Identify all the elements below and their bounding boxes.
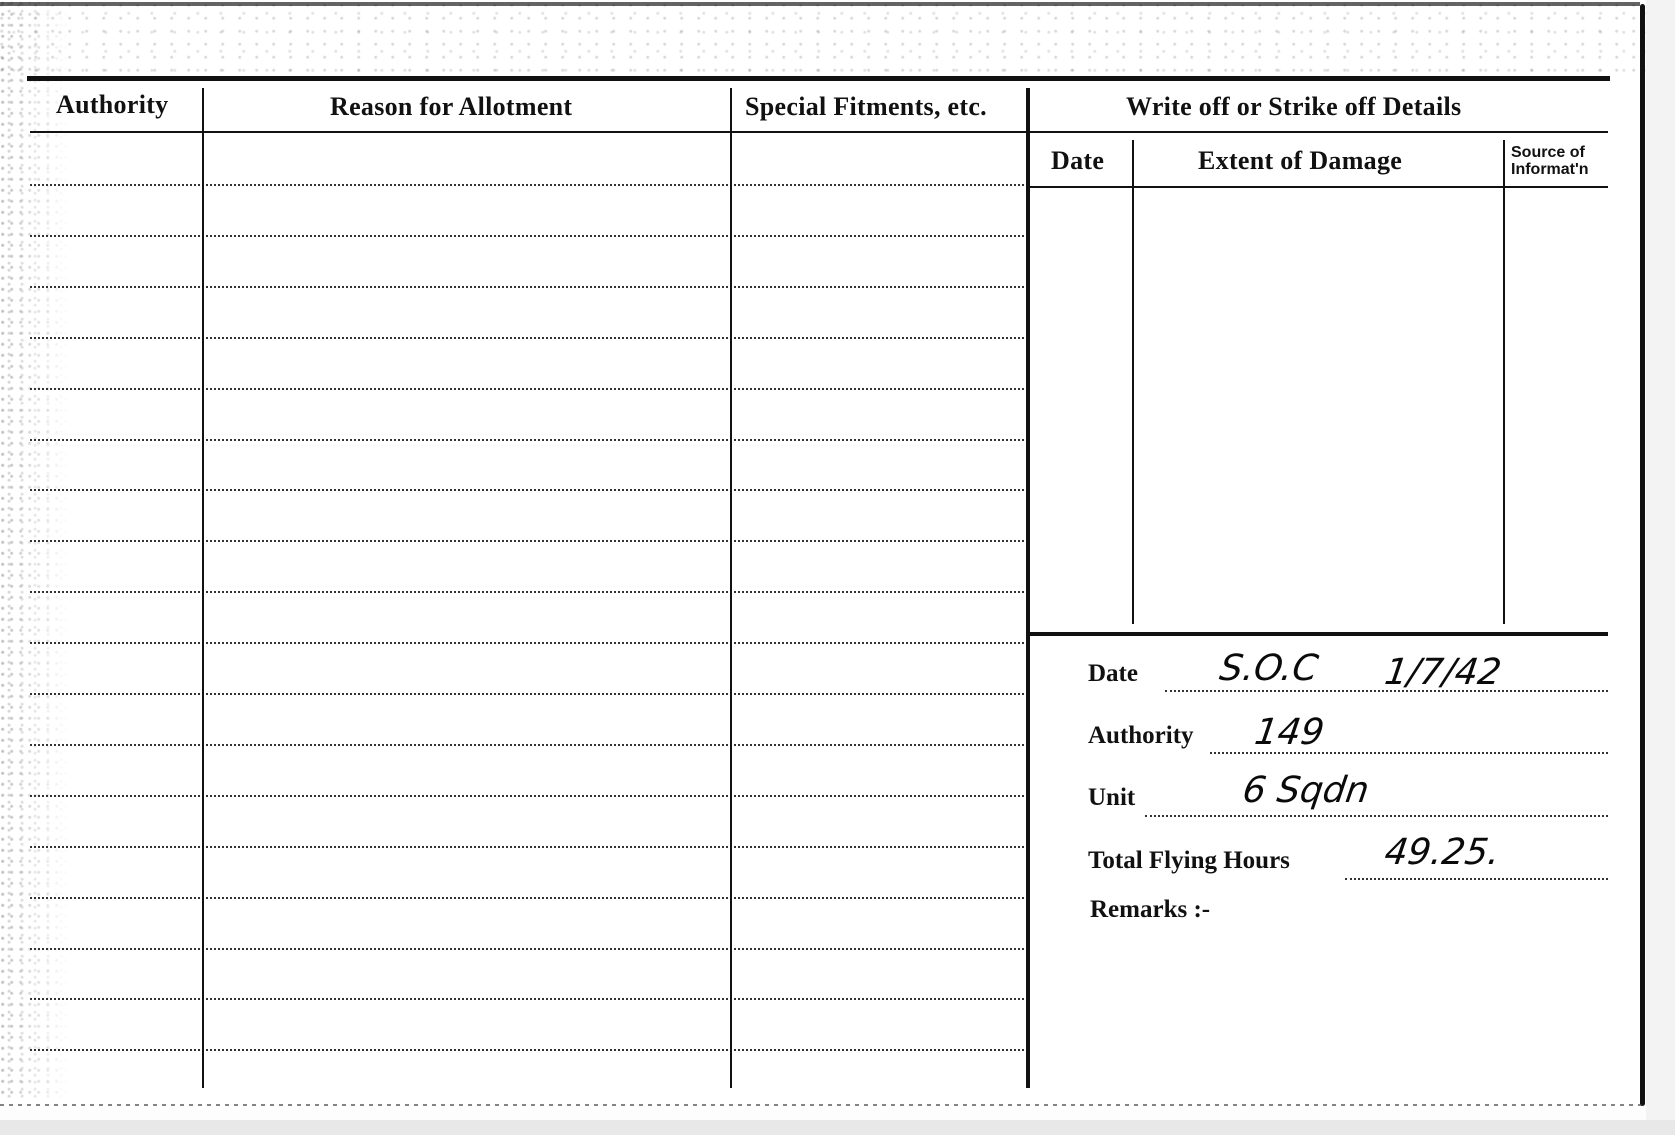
header-write-off-details: Write off or Strike off Details [1126, 92, 1461, 122]
strike-off-date-value: 1/7/42 [1382, 652, 1504, 693]
subheader-source-line2: Informat'n [1511, 161, 1589, 178]
hours-field-line [1345, 878, 1608, 880]
row-rule [206, 693, 728, 695]
col-divider-authority [202, 88, 204, 1088]
col-divider-reason [730, 88, 732, 1088]
card-bottom-edge [0, 1104, 1645, 1106]
row-rule [30, 489, 200, 491]
card-right-edge [1640, 4, 1645, 1106]
row-rule [30, 1049, 200, 1051]
subheader-extent-of-damage: Extent of Damage [1198, 146, 1402, 176]
row-rule [30, 337, 200, 339]
strike-off-date-label: Date [1088, 660, 1138, 688]
header-top-rule [27, 76, 1610, 81]
row-rule [734, 540, 1024, 542]
row-rule [30, 540, 200, 542]
col-divider-writeoff-source [1503, 140, 1505, 624]
strike-off-unit-label: Unit [1088, 784, 1135, 812]
row-rule [734, 388, 1024, 390]
row-rule [206, 642, 728, 644]
header-special-fitments: Special Fitments, etc. [745, 92, 987, 122]
strike-off-unit-value: 6 Sqdn [1240, 770, 1371, 811]
row-rule [206, 388, 728, 390]
row-rule [206, 235, 728, 237]
row-rule [30, 846, 200, 848]
page-margin-right [1646, 0, 1675, 1135]
subheader-source-line1: Source of [1511, 144, 1589, 161]
unit-field-line [1145, 815, 1608, 817]
row-rule [206, 540, 728, 542]
page-margin-bottom [0, 1120, 1675, 1135]
strike-off-date-code: S.O.C [1217, 648, 1321, 689]
writeoff-divider-rule [1028, 632, 1608, 636]
row-rule [206, 184, 728, 186]
row-rule [206, 998, 728, 1000]
row-rule [206, 286, 728, 288]
strike-off-authority-value: 149 [1252, 712, 1326, 753]
row-rule [30, 897, 200, 899]
row-rule [30, 235, 200, 237]
row-rule [734, 489, 1024, 491]
row-rule [206, 591, 728, 593]
row-rule [30, 998, 200, 1000]
card-top-edge [0, 2, 1640, 6]
row-rule [734, 744, 1024, 746]
strike-off-hours-value: 49.25. [1382, 832, 1502, 873]
row-rule [734, 1049, 1024, 1051]
row-rule [30, 948, 200, 950]
row-rule [734, 846, 1024, 848]
row-rule [30, 693, 200, 695]
row-rule [30, 184, 200, 186]
col-divider-writeoff-date [1132, 140, 1134, 624]
row-rule [734, 998, 1024, 1000]
row-rule [30, 642, 200, 644]
row-rule [30, 388, 200, 390]
row-rule [206, 1049, 728, 1051]
row-rule [734, 439, 1024, 441]
row-rule [30, 795, 200, 797]
row-rule [734, 337, 1024, 339]
strike-off-remarks-label: Remarks :- [1090, 896, 1210, 924]
row-rule [734, 286, 1024, 288]
row-rule [734, 184, 1024, 186]
row-rule [734, 642, 1024, 644]
row-rule [206, 439, 728, 441]
row-rule [734, 693, 1024, 695]
strike-off-authority-label: Authority [1088, 722, 1194, 750]
row-rule [30, 744, 200, 746]
subheader-date: Date [1051, 146, 1104, 176]
row-rule [734, 948, 1024, 950]
row-rule [206, 337, 728, 339]
writeoff-subheader-rule [1030, 186, 1608, 188]
row-rule [206, 795, 728, 797]
scan-noise-left [0, 0, 70, 1100]
row-rule [30, 591, 200, 593]
header-authority: Authority [56, 90, 168, 120]
header-reason-for-allotment: Reason for Allotment [330, 92, 572, 122]
scan-noise-top [0, 0, 1675, 80]
row-rule [206, 489, 728, 491]
row-rule [734, 591, 1024, 593]
row-rule [734, 795, 1024, 797]
row-rule [734, 897, 1024, 899]
row-rule [206, 744, 728, 746]
col-divider-fitments [1026, 88, 1030, 1088]
row-rule [30, 286, 200, 288]
row-rule [206, 897, 728, 899]
row-rule [30, 439, 200, 441]
row-rule [206, 846, 728, 848]
row-rule [734, 235, 1024, 237]
subheader-source-of-information: Source of Informat'n [1511, 144, 1589, 178]
row-rule [206, 948, 728, 950]
strike-off-hours-label: Total Flying Hours [1088, 847, 1290, 875]
header-bottom-rule [30, 131, 1608, 133]
